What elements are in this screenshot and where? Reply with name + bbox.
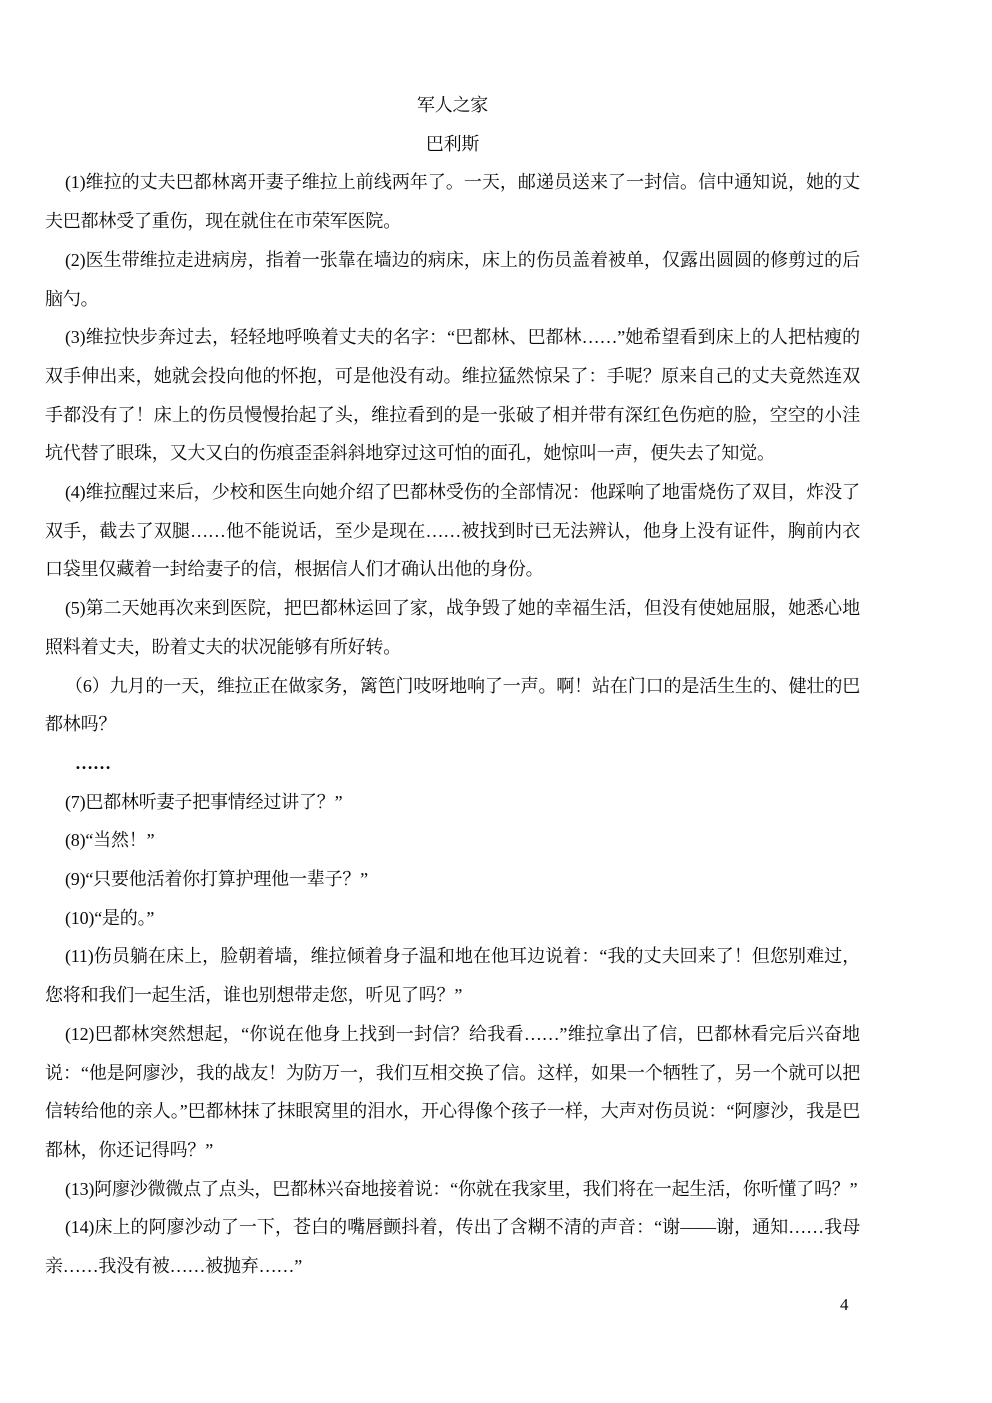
paragraph-9: (9)“只要他活着你打算护理他一辈子？”	[45, 860, 860, 899]
paragraph-7: (7)巴都林听妻子把事情经过讲了？”	[45, 783, 860, 822]
ellipsis-line: ……	[45, 744, 860, 783]
passage-author: 巴利斯	[45, 125, 860, 164]
paragraph-4: (4)维拉醒过来后，少校和医生向她介绍了巴都林受伤的全部情况：他踩响了地雷烧伤了…	[45, 473, 860, 589]
page-number: 4	[840, 1294, 849, 1316]
paragraph-12: (12)巴都林突然想起，“你说在他身上找到一封信？给我看……”维拉拿出了信，巴都…	[45, 1015, 860, 1170]
paragraph-1: (1)维拉的丈夫巴都林离开妻子维拉上前线两年了。一天，邮递员送来了一封信。信中通…	[45, 163, 860, 240]
paragraph-5: (5)第二天她再次来到医院，把巴都林运回了家，战争毁了她的幸福生活，但没有使她屈…	[45, 589, 860, 666]
paragraph-10: (10)“是的。”	[45, 899, 860, 938]
paragraph-6: （6）九月的一天，维拉正在做家务，篱笆门吱呀地响了一声。啊！站在门口的是活生生的…	[45, 667, 860, 744]
paragraph-8: (8)“当然！”	[45, 821, 860, 860]
passage-title: 军人之家	[45, 86, 860, 125]
paragraph-2: (2)医生带维拉走进病房，指着一张靠在墙边的病床，床上的伤员盖着被单，仅露出圆圆…	[45, 241, 860, 318]
paragraph-14: (14)床上的阿廖沙动了一下，苍白的嘴唇颤抖着，传出了含糊不清的声音：“谢——谢…	[45, 1208, 860, 1285]
document-page: 军人之家 巴利斯 (1)维拉的丈夫巴都林离开妻子维拉上前线两年了。一天，邮递员送…	[0, 0, 992, 1403]
paragraph-3: (3)维拉快步奔过去，轻轻地呼唤着丈夫的名字：“巴都林、巴都林……”她希望看到床…	[45, 318, 860, 473]
paragraph-11: (11)伤员躺在床上，脸朝着墙，维拉倾着身子温和地在他耳边说着：“我的丈夫回来了…	[45, 937, 860, 1014]
paragraph-13: (13)阿廖沙微微点了点头，巴都林兴奋地接着说：“你就在我家里，我们将在一起生活…	[45, 1170, 860, 1209]
